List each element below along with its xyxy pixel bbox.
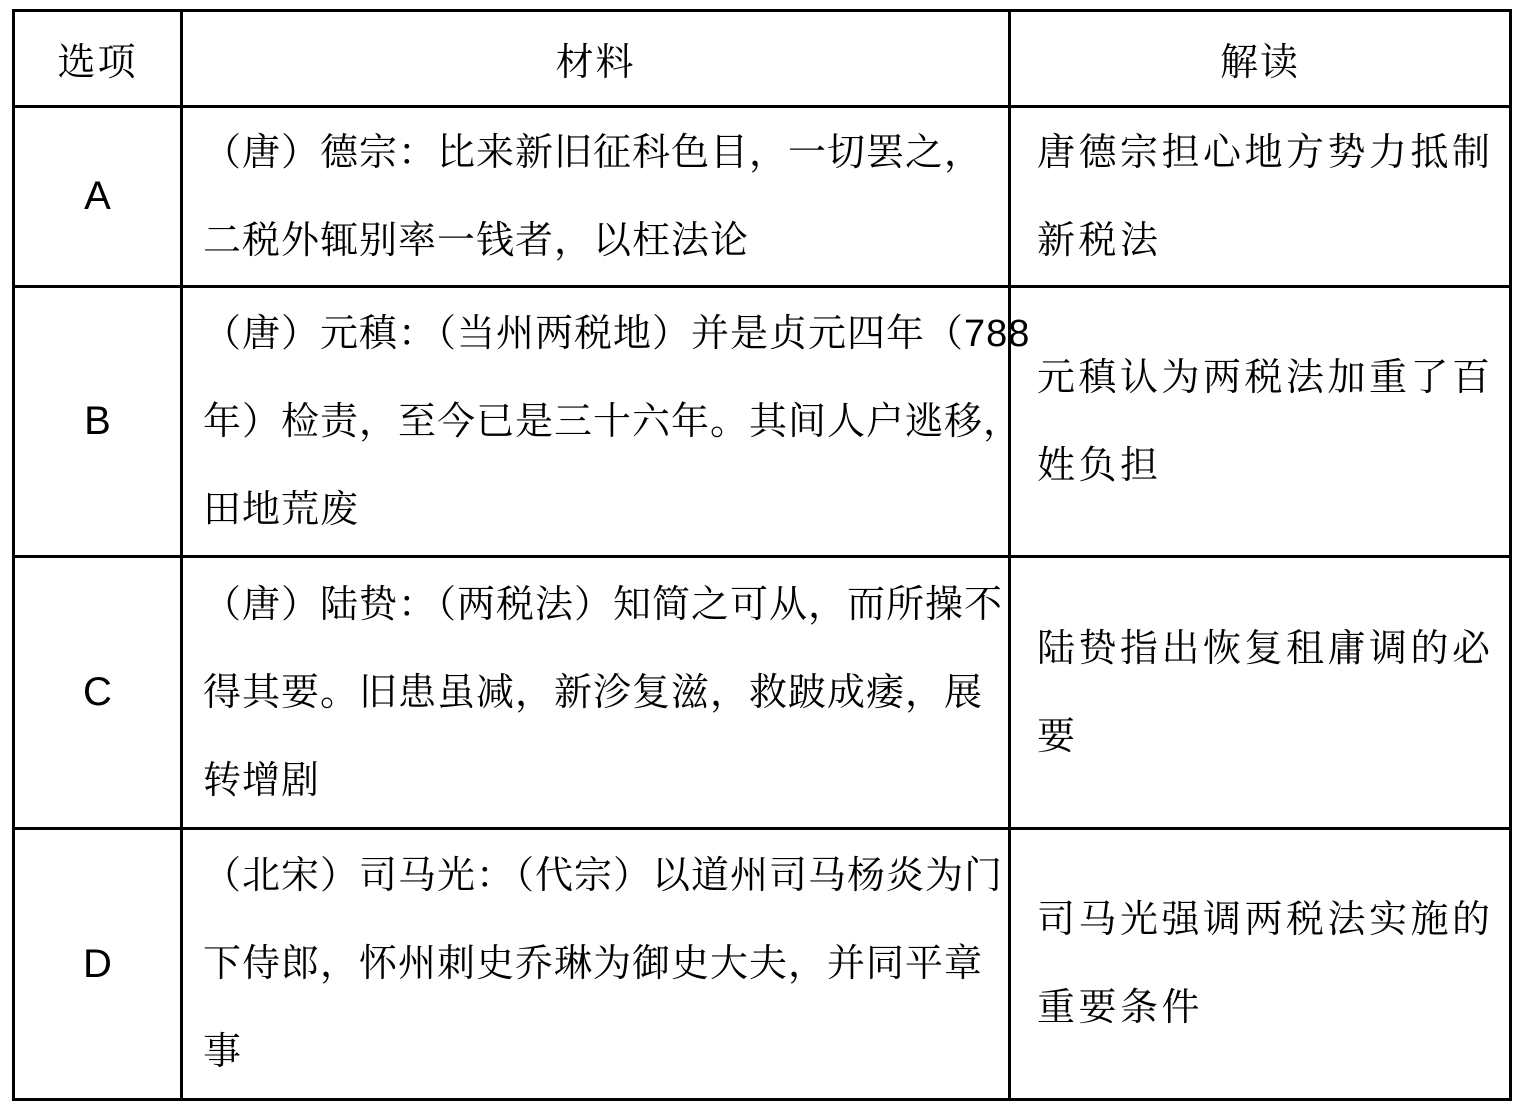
text-line: 转增剧 [203, 737, 998, 825]
table-row-c: C （唐）陆贽：（两税法）知简之可从，而所操不得其要。旧患虽减，新沴复滋，救跛成… [14, 557, 1511, 829]
option-label-a: A [14, 107, 182, 287]
interpretation-cell-b: 元稹认为两税法加重了百姓负担 [1010, 287, 1511, 557]
table-row-b: B （唐）元稹：（当州两税地）并是贞元四年（788年）检责，至今已是三十六年。其… [14, 287, 1511, 557]
text-line: 事 [203, 1008, 998, 1096]
text-line: 姓负担 [1037, 422, 1499, 510]
interpretation-cell-d: 司马光强调两税法实施的重要条件 [1010, 829, 1511, 1100]
text-line: 重要条件 [1037, 964, 1499, 1052]
text-line: （唐）陆贽：（两税法）知简之可从，而所操不 [203, 561, 998, 649]
option-label-c: C [14, 557, 182, 829]
material-cell-a: （唐）德宗：比来新旧征科色目，一切罢之，二税外辄别率一钱者，以枉法论 [182, 107, 1010, 287]
text-line: 下侍郎，怀州刺史乔琳为御史大夫，并同平章 [203, 920, 998, 1008]
text-line: （唐）元稹：（当州两税地）并是贞元四年（788 [203, 290, 998, 378]
interpretation-text-c: 陆贽指出恢复租庸调的必要 [1037, 605, 1499, 781]
material-cell-d: （北宋）司马光：（代宗）以道州司马杨炎为门下侍郎，怀州刺史乔琳为御史大夫，并同平… [182, 829, 1010, 1100]
header-row: 选项 材料 解读 [14, 11, 1511, 107]
interpretation-cell-c: 陆贽指出恢复租庸调的必要 [1010, 557, 1511, 829]
text-line: 唐德宗担心地方势力抵制 [1037, 109, 1499, 197]
header-option: 选项 [14, 11, 182, 107]
text-line: 要 [1037, 693, 1499, 781]
material-cell-c: （唐）陆贽：（两税法）知简之可从，而所操不得其要。旧患虽减，新沴复滋，救跛成痿，… [182, 557, 1010, 829]
option-label-b: B [14, 287, 182, 557]
material-text-c: （唐）陆贽：（两税法）知简之可从，而所操不得其要。旧患虽减，新沴复滋，救跛成痿，… [203, 561, 998, 825]
material-text-d: （北宋）司马光：（代宗）以道州司马杨炎为门下侍郎，怀州刺史乔琳为御史大夫，并同平… [203, 832, 998, 1096]
text-line: 元稹认为两税法加重了百 [1037, 334, 1499, 422]
text-line: 二税外辄别率一钱者，以枉法论 [203, 197, 998, 285]
text-line: 陆贽指出恢复租庸调的必 [1037, 605, 1499, 693]
text-line: （北宋）司马光：（代宗）以道州司马杨炎为门 [203, 832, 998, 920]
table-row-d: D （北宋）司马光：（代宗）以道州司马杨炎为门下侍郎，怀州刺史乔琳为御史大夫，并… [14, 829, 1511, 1100]
interpretation-text-b: 元稹认为两税法加重了百姓负担 [1037, 334, 1499, 510]
header-interpretation: 解读 [1010, 11, 1511, 107]
material-text-b: （唐）元稹：（当州两税地）并是贞元四年（788年）检责，至今已是三十六年。其间人… [203, 290, 998, 554]
material-cell-b: （唐）元稹：（当州两税地）并是贞元四年（788年）检责，至今已是三十六年。其间人… [182, 287, 1010, 557]
interpretation-cell-a: 唐德宗担心地方势力抵制新税法 [1010, 107, 1511, 287]
text-line: 司马光强调两税法实施的 [1037, 876, 1499, 964]
text-line: 年）检责，至今已是三十六年。其间人户逃移， [203, 378, 998, 466]
header-material: 材料 [182, 11, 1010, 107]
table-row-a: A （唐）德宗：比来新旧征科色目，一切罢之，二税外辄别率一钱者，以枉法论 唐德宗… [14, 107, 1511, 287]
option-label-d: D [14, 829, 182, 1100]
interpretation-text-a: 唐德宗担心地方势力抵制新税法 [1037, 109, 1499, 285]
text-line: 田地荒废 [203, 466, 998, 554]
material-text-a: （唐）德宗：比来新旧征科色目，一切罢之，二税外辄别率一钱者，以枉法论 [203, 109, 998, 285]
text-line: 新税法 [1037, 197, 1499, 285]
text-line: 得其要。旧患虽减，新沴复滋，救跛成痿，展 [203, 649, 998, 737]
exam-options-table: 选项 材料 解读 A （唐）德宗：比来新旧征科色目，一切罢之，二税外辄别率一钱者… [12, 9, 1512, 1101]
text-line: （唐）德宗：比来新旧征科色目，一切罢之， [203, 109, 998, 197]
interpretation-text-d: 司马光强调两税法实施的重要条件 [1037, 876, 1499, 1052]
